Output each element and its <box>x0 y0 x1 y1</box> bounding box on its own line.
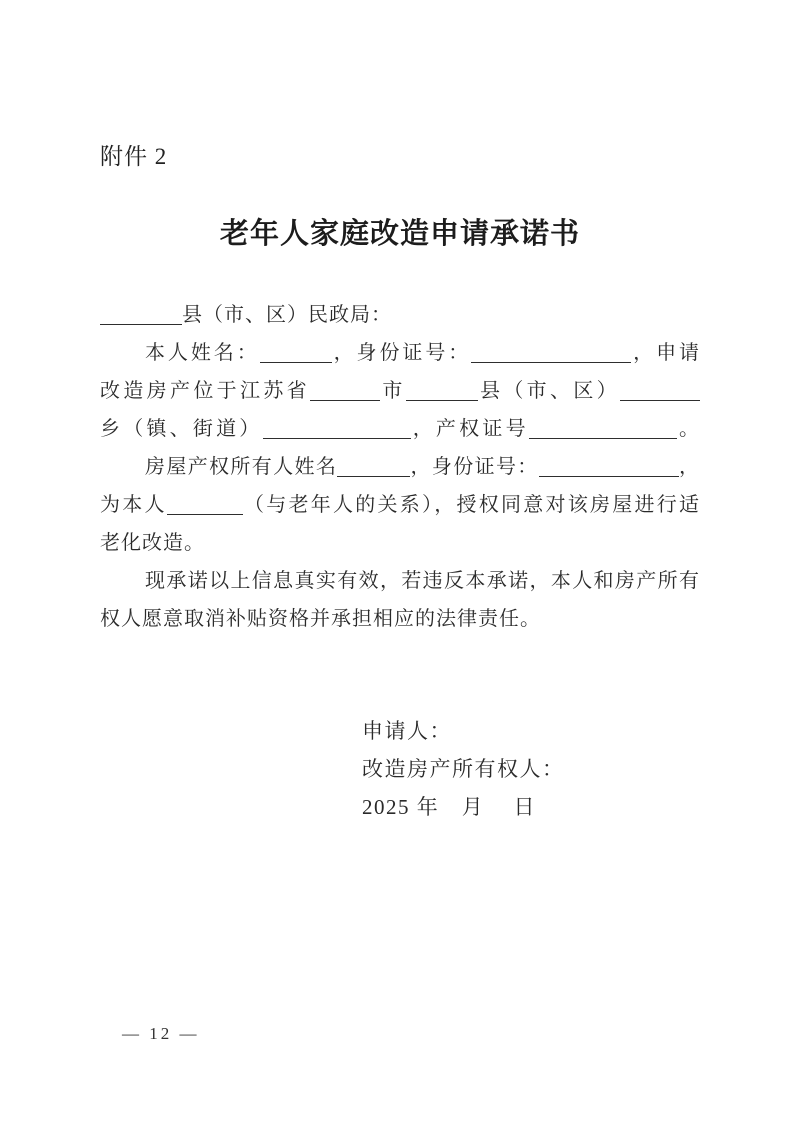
document-page: 附件 2 老年人家庭改造申请承诺书 县（市、区）民政局：本人姓名：，身份证号：，… <box>0 0 800 1129</box>
blank-underline <box>539 457 679 477</box>
body-line: 老化改造。 <box>100 524 700 562</box>
body-line: 权人愿意取消补贴资格并承担相应的法律责任。 <box>100 600 700 638</box>
body-text-segment: ，申请 <box>631 342 700 364</box>
body-text-segment: 。 <box>677 418 700 440</box>
body-text: 县（市、区）民政局：本人姓名：，身份证号：，申请改造房产位于江苏省市县（市、区）… <box>100 296 700 638</box>
blank-underline <box>471 343 631 363</box>
body-line: 为本人（与老年人的关系），授权同意对该房屋进行适 <box>100 486 700 524</box>
date-line: 2025 年 月 日 <box>362 788 565 826</box>
document-title: 老年人家庭改造申请承诺书 <box>0 213 800 255</box>
body-line: 乡（镇、街道），产权证号。 <box>100 410 700 448</box>
blank-underline <box>337 457 410 477</box>
body-line: 县（市、区）民政局： <box>100 296 700 334</box>
body-text-segment: 权人愿意取消补贴资格并承担相应的法律责任。 <box>100 608 541 630</box>
body-text-segment: 房屋产权所有人姓名 <box>145 456 337 478</box>
body-text-segment: （与老年人的关系），授权同意对该房屋进行适 <box>243 494 700 516</box>
blank-underline <box>620 381 700 401</box>
body-line: 现承诺以上信息真实有效，若违反本承诺，本人和房产所有 <box>100 562 700 600</box>
body-text-segment: 现承诺以上信息真实有效，若违反本承诺，本人和房产所有 <box>145 570 700 592</box>
attachment-label: 附件 2 <box>100 141 167 173</box>
body-text-segment: 县（市、区） <box>478 380 620 402</box>
body-text-segment: 老化改造。 <box>100 532 205 554</box>
signature-block: 申请人： 改造房产所有权人： 2025 年 月 日 <box>362 712 565 826</box>
blank-underline <box>263 419 411 439</box>
body-text-segment: ，身份证号： <box>410 456 538 478</box>
owner-signature-label: 改造房产所有权人： <box>362 750 565 788</box>
blank-underline <box>167 495 243 515</box>
body-text-segment: 乡（镇、街道） <box>100 418 263 440</box>
blank-underline <box>260 343 332 363</box>
body-text-segment: 本人姓名： <box>145 342 260 364</box>
body-text-segment: 为本人 <box>100 494 167 516</box>
body-line: 房屋产权所有人姓名，身份证号：， <box>100 448 700 486</box>
applicant-signature-label: 申请人： <box>362 712 565 750</box>
blank-underline <box>406 381 478 401</box>
body-text-segment: ，身份证号： <box>332 342 472 364</box>
blank-underline <box>529 419 677 439</box>
body-text-segment: ，产权证号 <box>411 418 529 440</box>
body-text-segment: 县（市、区）民政局： <box>182 304 392 326</box>
body-text-segment: ， <box>679 456 700 478</box>
blank-underline <box>100 305 182 325</box>
body-text-segment: 改造房产位于江苏省 <box>100 380 310 402</box>
body-text-segment: 市 <box>380 380 406 402</box>
page-number: — 12 — <box>122 1024 200 1044</box>
body-line: 本人姓名：，身份证号：，申请 <box>100 334 700 372</box>
body-line: 改造房产位于江苏省市县（市、区） <box>100 372 700 410</box>
blank-underline <box>310 381 380 401</box>
